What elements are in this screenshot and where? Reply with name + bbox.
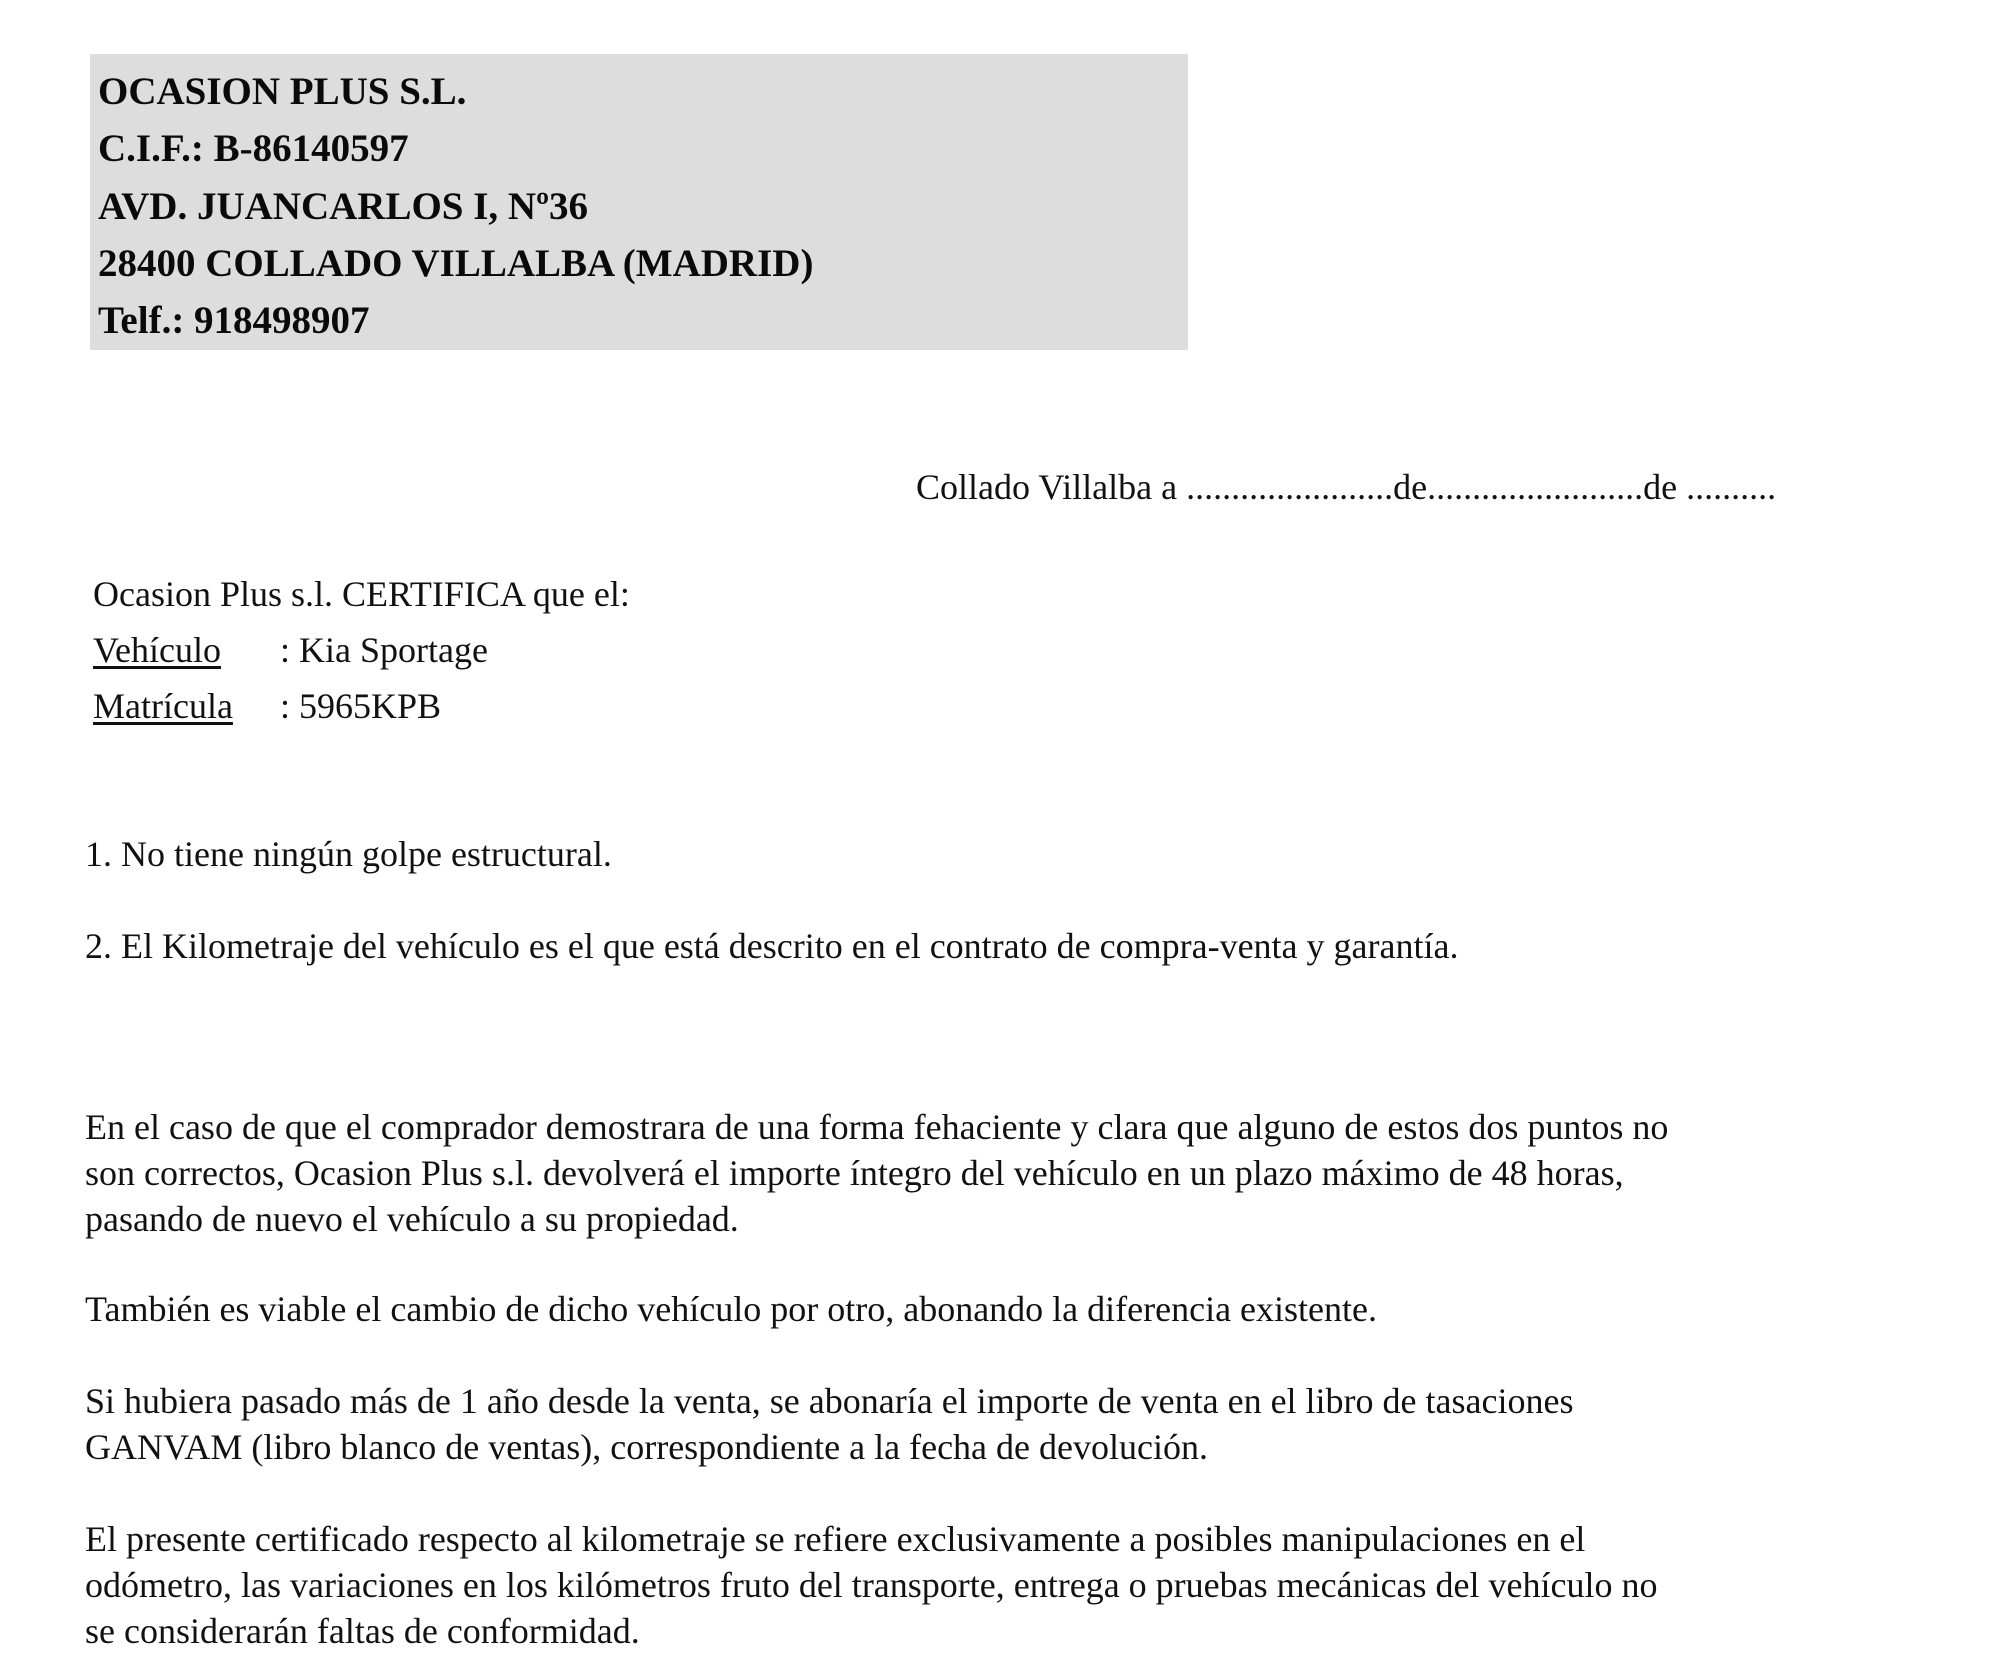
paragraph-line: pasando de nuevo el vehículo a su propie… (85, 1196, 1668, 1242)
point-1: 1. No tiene ningún golpe estructural. (85, 836, 612, 872)
paragraph-exchange: También es viable el cambio de dicho veh… (85, 1286, 1377, 1332)
paragraph-ganvam: Si hubiera pasado más de 1 año desde la … (85, 1378, 1573, 1470)
company-address: AVD. JUANCARLOS I, Nº36 (98, 187, 588, 226)
vehicle-label: Vehículo (93, 632, 221, 668)
company-name: OCASION PLUS S.L. (98, 72, 466, 111)
plate-value: : 5965KPB (280, 688, 441, 724)
certify-intro: Ocasion Plus s.l. CERTIFICA que el: (93, 576, 630, 612)
paragraph-odometer: El presente certificado respecto al kilo… (85, 1516, 1658, 1654)
vehicle-value: : Kia Sportage (280, 632, 488, 668)
paragraph-line: El presente certificado respecto al kilo… (85, 1516, 1658, 1562)
plate-label: Matrícula (93, 688, 233, 724)
paragraph-line: También es viable el cambio de dicho veh… (85, 1286, 1377, 1332)
company-header-box: OCASION PLUS S.L. C.I.F.: B-86140597 AVD… (90, 54, 1188, 350)
paragraph-line: GANVAM (libro blanco de ventas), corresp… (85, 1424, 1573, 1470)
company-city: 28400 COLLADO VILLALBA (MADRID) (98, 244, 813, 283)
paragraph-line: odómetro, las variaciones en los kilómet… (85, 1562, 1658, 1608)
paragraph-line: Si hubiera pasado más de 1 año desde la … (85, 1378, 1573, 1424)
paragraph-line: En el caso de que el comprador demostrar… (85, 1104, 1668, 1150)
company-phone: Telf.: 918498907 (98, 301, 370, 340)
paragraph-line: son correctos, Ocasion Plus s.l. devolve… (85, 1150, 1668, 1196)
company-cif: C.I.F.: B-86140597 (98, 129, 409, 168)
paragraph-refund: En el caso de que el comprador demostrar… (85, 1104, 1668, 1242)
paragraph-line: se considerarán faltas de conformidad. (85, 1608, 1658, 1654)
point-2: 2. El Kilometraje del vehículo es el que… (85, 928, 1458, 964)
place-date-line: Collado Villalba a .....................… (916, 466, 1776, 508)
